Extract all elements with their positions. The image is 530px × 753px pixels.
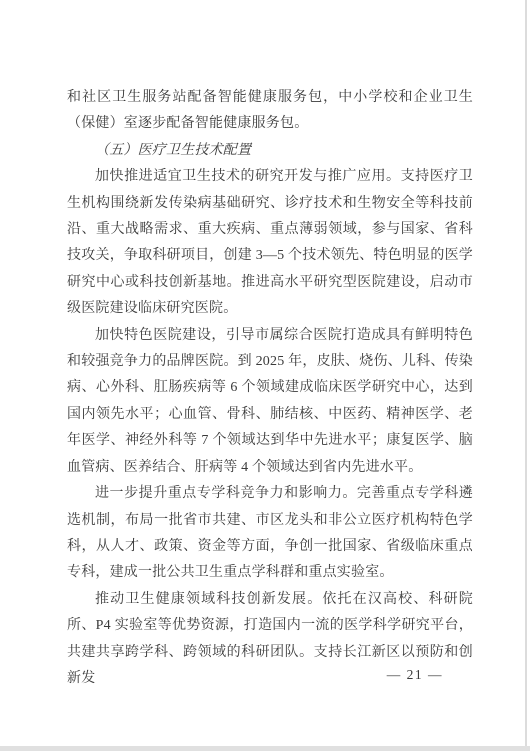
paragraph-tech-research: 加快推进适宜卫生技术的研究开发与推广应用。支持医疗卫生机构围绕新发传染病基础研究… [67,164,473,322]
paragraph-key-disciplines: 进一步提升重点专学科竞争力和影响力。完善重点专学科遴选机制，布局一批省市共建、市… [67,481,473,587]
page-edge-right [525,0,527,748]
document-page: 和社区卫生服务站配备智能健康服务包，中小学校和企业卫生（保健）室逐步配备智能健康… [0,0,530,753]
section-heading: （五）医疗卫生技术配置 [67,138,473,164]
page-number: — 21 — [387,662,443,688]
paragraph-continuation: 和社区卫生服务站配备智能健康服务包，中小学校和企业卫生（保健）室逐步配备智能健康… [67,85,473,138]
paragraph-specialty-hospitals: 加快特色医院建设，引导市属综合医院打造成具有鲜明特色和较强竞争力的品牌医院。到 … [67,323,473,481]
page-edge-bottom [0,746,530,751]
document-text: 和社区卫生服务站配备智能健康服务包，中小学校和企业卫生（保健）室逐步配备智能健康… [67,85,473,692]
